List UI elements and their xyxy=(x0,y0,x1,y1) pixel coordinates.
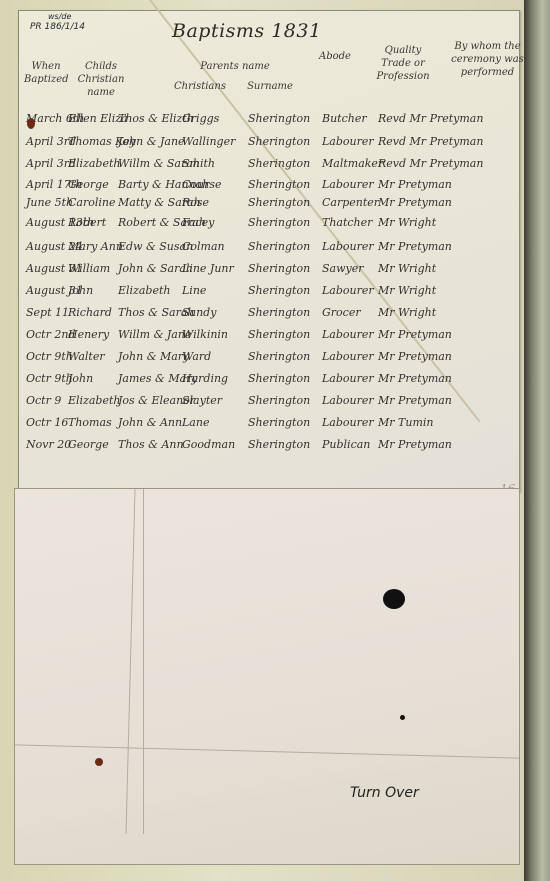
entry-surname: Ward xyxy=(182,350,211,363)
entry-trade: Labourer xyxy=(322,372,374,385)
entry-parents: John & Mary xyxy=(118,350,189,363)
table-row: Octr 2nd Henery Willm & Jane Wilkinin Sh… xyxy=(26,328,526,348)
table-row: April 3rd Elizabeth Willm & Sarah Smith … xyxy=(26,157,526,177)
entry-abode: Sherington xyxy=(248,328,310,341)
reference-code: PR 186/1/14 xyxy=(30,22,85,32)
entry-officiant: Mr Wright xyxy=(378,284,436,297)
entry-surname: Griggs xyxy=(182,112,219,125)
header-trade: Quality Trade or Profession xyxy=(370,44,436,83)
entry-trade: Sawyer xyxy=(322,262,364,275)
entry-surname: Sandy xyxy=(182,306,216,319)
entry-officiant: Mr Pretyman xyxy=(378,438,452,451)
entry-child: Henery xyxy=(68,328,109,341)
pin-hole xyxy=(400,715,405,720)
fold-line xyxy=(125,489,135,834)
entry-surname: Harding xyxy=(182,372,228,385)
table-row: June 5th Caroline Matty & Sarah Rose She… xyxy=(26,196,526,216)
book-binding-edge xyxy=(524,0,550,881)
entry-parents: Thos & Ann xyxy=(118,438,184,451)
table-row: Novr 20 George Thos & Ann Goodman Sherin… xyxy=(26,438,526,458)
table-row: August 13th Robert Robert & Sarah Facey … xyxy=(26,216,526,236)
entry-child: George xyxy=(68,178,109,191)
page-title: Baptisms 1831 xyxy=(172,20,322,42)
entry-abode: Sherington xyxy=(248,372,310,385)
entry-child: Elizabeth xyxy=(68,157,120,170)
entry-officiant: Revd Mr Pretyman xyxy=(378,157,483,170)
table-row: August 31 William John & Sarah Line Junr… xyxy=(26,262,526,282)
entry-parents: Willm & Jane xyxy=(118,328,191,341)
table-row: April 17th George Barty & Hannah Course … xyxy=(26,178,526,198)
entry-officiant: Mr Pretyman xyxy=(378,372,452,385)
entry-abode: Sherington xyxy=(248,196,310,209)
entry-surname: Wallinger xyxy=(182,135,235,148)
entry-surname: Slayter xyxy=(182,394,222,407)
table-row: Sept 11 Richard Thos & Sarah Sandy Sheri… xyxy=(26,306,526,326)
entry-abode: Sherington xyxy=(248,135,310,148)
entry-parents: Elizabeth xyxy=(118,284,170,297)
table-row: Octr 9 Elizabeth Jos & Eleanor Slayter S… xyxy=(26,394,526,414)
entry-abode: Sherington xyxy=(248,240,310,253)
entry-trade: Labourer xyxy=(322,240,374,253)
table-row: March 6th Ellen Eliza Thos & Elizth Grig… xyxy=(26,112,526,132)
entry-abode: Sherington xyxy=(248,306,310,319)
entry-date: Octr 16 xyxy=(26,416,68,429)
entry-abode: Sherington xyxy=(248,284,310,297)
entry-abode: Sherington xyxy=(248,112,310,125)
entry-trade: Labourer xyxy=(322,350,374,363)
entry-abode: Sherington xyxy=(248,438,310,451)
fold-line xyxy=(143,489,144,834)
header-when: When Baptized xyxy=(24,60,68,86)
entry-officiant: Mr Pretyman xyxy=(378,394,452,407)
entry-abode: Sherington xyxy=(248,394,310,407)
table-row: August 24 Mary Ann Edw & Susan Colman Sh… xyxy=(26,240,526,260)
header-abode: Abode xyxy=(310,50,360,63)
entry-trade: Labourer xyxy=(322,135,374,148)
entry-date: Octr 9th xyxy=(26,350,73,363)
entry-child: John xyxy=(68,284,93,297)
entry-officiant: Revd Mr Pretyman xyxy=(378,135,483,148)
entry-officiant: Mr Wright xyxy=(378,216,436,229)
punched-hole xyxy=(383,589,405,609)
entry-officiant: Mr Tumin xyxy=(378,416,433,429)
entry-surname: Smith xyxy=(182,157,215,170)
entry-officiant: Revd Mr Pretyman xyxy=(378,112,483,125)
entry-parents: John & Jane xyxy=(118,135,185,148)
table-row: April 3rd Thomas Key John & Jane Walling… xyxy=(26,135,526,155)
archive-reference: ws/de PR 186/1/14 xyxy=(30,12,85,32)
entry-date: Sept 11 xyxy=(26,306,69,319)
entry-trade: Carpenter xyxy=(322,196,379,209)
header-by-whom: By whom the ceremony was performed xyxy=(440,40,535,79)
entry-trade: Labourer xyxy=(322,328,374,341)
entry-officiant: Mr Pretyman xyxy=(378,178,452,191)
entry-surname: Rose xyxy=(182,196,209,209)
entry-trade: Thatcher xyxy=(322,216,372,229)
entry-trade: Labourer xyxy=(322,416,374,429)
header-parents-name: Parents name xyxy=(180,60,290,73)
table-row: August 31 John Elizabeth Line Sherington… xyxy=(26,284,526,304)
entry-officiant: Mr Wright xyxy=(378,306,436,319)
entry-trade: Butcher xyxy=(322,112,367,125)
entry-surname: Colman xyxy=(182,240,225,253)
entry-officiant: Mr Pretyman xyxy=(378,240,452,253)
entry-child: Thomas xyxy=(68,416,112,429)
turn-over-note: Turn Over xyxy=(350,785,419,801)
entry-officiant: Mr Pretyman xyxy=(378,350,452,363)
entry-child: Mary Ann xyxy=(68,240,123,253)
header-parents-surname: Surname xyxy=(240,80,300,93)
entry-date: Octr 9th xyxy=(26,372,73,385)
entry-date: Octr 9 xyxy=(26,394,61,407)
table-row: Octr 9th John James & Mary Harding Sheri… xyxy=(26,372,526,392)
entry-officiant: Mr Wright xyxy=(378,262,436,275)
entry-surname: Facey xyxy=(182,216,214,229)
entry-abode: Sherington xyxy=(248,262,310,275)
entry-trade: Labourer xyxy=(322,178,374,191)
entry-trade: Maltmaker xyxy=(322,157,383,170)
entry-child: William xyxy=(68,262,110,275)
entry-surname: Goodman xyxy=(182,438,235,451)
entry-surname: Wilkinin xyxy=(182,328,228,341)
entry-abode: Sherington xyxy=(248,178,310,191)
header-parents-christian: Christians xyxy=(170,80,230,93)
reference-prefix: ws/de xyxy=(30,12,85,22)
entry-child: John xyxy=(68,372,93,385)
ink-stain xyxy=(95,758,103,766)
entry-parents: John & Ann xyxy=(118,416,182,429)
entry-trade: Labourer xyxy=(322,284,374,297)
entry-surname: Lane xyxy=(182,416,209,429)
lower-folded-sheet xyxy=(14,488,520,865)
entry-date: June 5th xyxy=(26,196,73,209)
entry-abode: Sherington xyxy=(248,416,310,429)
entry-officiant: Mr Pretyman xyxy=(378,196,452,209)
entry-abode: Sherington xyxy=(248,350,310,363)
entry-trade: Publican xyxy=(322,438,370,451)
entry-surname: Course xyxy=(182,178,222,191)
table-row: Octr 9th Walter John & Mary Ward Shering… xyxy=(26,350,526,370)
entry-trade: Grocer xyxy=(322,306,361,319)
header-child-name: Childs Christian name xyxy=(66,60,136,99)
entry-surname: Line xyxy=(182,284,206,297)
entry-abode: Sherington xyxy=(248,216,310,229)
entry-child: Caroline xyxy=(68,196,116,209)
entry-date: Novr 20 xyxy=(26,438,71,451)
entry-child: Richard xyxy=(68,306,112,319)
entry-trade: Labourer xyxy=(322,394,374,407)
entry-officiant: Mr Pretyman xyxy=(378,328,452,341)
table-row: Octr 16 Thomas John & Ann Lane Sheringto… xyxy=(26,416,526,436)
fold-line xyxy=(15,744,519,758)
entry-surname: Line Junr xyxy=(182,262,234,275)
ink-stain xyxy=(27,118,35,129)
entry-child: Robert xyxy=(68,216,106,229)
entry-child: Elizabeth xyxy=(68,394,120,407)
entry-child: George xyxy=(68,438,109,451)
entry-child: Walter xyxy=(68,350,105,363)
entry-abode: Sherington xyxy=(248,157,310,170)
